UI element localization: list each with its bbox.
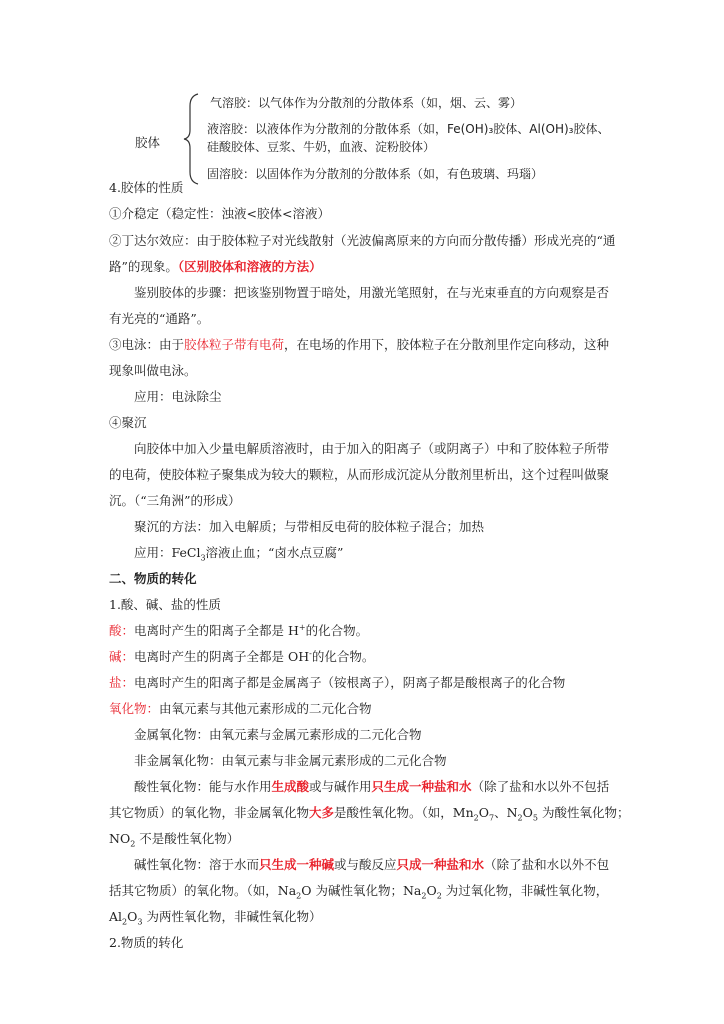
paragraph: ③电泳：由于胶体粒子带有电荷，在电场的作用下，胶体粒子在分散剂里作定向移动，这种 — [109, 337, 609, 353]
definition-oxide: 氧化物：由氧元素与其他元素形成的二元化合物 — [109, 701, 372, 717]
paragraph: 沉。（“三角洲”的形成） — [109, 493, 241, 509]
basic-oxide-line2: 括其它物质）的氧化物。（如，Na2O 为碱性氧化物；Na2O2 为过氧化物，非碱… — [109, 883, 608, 899]
paragraph: 非金属氧化物：由氧元素与非金属元素形成的二元化合物 — [134, 753, 447, 769]
curly-brace-icon — [182, 92, 202, 186]
paragraph: 金属氧化物：由氧元素与金属元素形成的二元化合物 — [134, 727, 422, 743]
colloid-solid: 固溶胶：以固体作为分散剂的分散体系（如，有色玻璃、玛瑙） — [207, 166, 543, 182]
subsection-heading: 1.酸、碱、盐的性质 — [109, 597, 221, 613]
colloid-gas: 气溶胶：以气体作为分散剂的分散体系（如，烟、云、雾） — [210, 95, 522, 111]
acidic-oxide-line1: 酸性氧化物：能与水作用生成酸或与碱作用只生成一种盐和水（除了盐和水以外不包括 — [134, 779, 609, 795]
document-page: 胶体 气溶胶：以气体作为分散剂的分散体系（如，烟、云、雾） 液溶胶：以液体作为分… — [0, 0, 724, 1024]
paragraph: ④聚沉 — [109, 415, 147, 431]
paragraph: 有光亮的“通路”。 — [109, 311, 209, 327]
section-heading: 二、物质的转化 — [109, 571, 197, 587]
colloid-label: 胶体 — [135, 133, 160, 151]
subsection-heading: 2.物质的转化 — [109, 935, 183, 951]
basic-oxide-line1: 碱性氧化物：溶于水而只生成一种碱或与酸反应只成一种盐和水（除了盐和水以外不包 — [134, 857, 609, 873]
paragraph: 路”的现象。（区别胶体和溶液的方法） — [109, 259, 322, 275]
acidic-oxide-line3: NO2 不是酸性氧化物） — [109, 831, 239, 847]
paragraph: 的电荷，使胶体粒子聚集成为较大的颗粒，从而形成沉淀从分散剂里析出，这个过程叫做聚 — [109, 467, 609, 483]
paragraph: 向胶体中加入少量电解质溶液时，由于加入的阳离子（或阴离子）中和了胶体粒子所带 — [134, 441, 609, 457]
basic-oxide-line3: Al2O3 为两性氧化物，非碱性氧化物） — [109, 909, 321, 925]
paragraph: ②丁达尔效应：由于胶体粒子对光线散射（光波偏离原来的方向而分散传播）形成光亮的“… — [109, 233, 615, 249]
highlight-text: 胶体粒子带有电荷 — [184, 337, 284, 352]
colloid-liquid-line1: 液溶胶：以液体作为分散剂的分散体系（如，Fe(OH)₃胶体、Al(OH)₃胶体、 — [207, 121, 609, 137]
paragraph: ①介稳定（稳定性：浊液<胶体<溶液） — [109, 206, 330, 222]
acidic-oxide-line2: 其它物质）的氧化物，非金属氧化物大多是酸性氧化物。（如，Mn2O7、N2O5 为… — [109, 805, 629, 821]
paragraph: 聚沉的方法：加入电解质；与带相反电荷的胶体粒子混合；加热 — [134, 519, 484, 535]
definition-acid: 酸：电离时产生的阳离子全都是 H+的化合物。 — [109, 623, 368, 639]
paragraph: 鉴别胶体的步骤：把该鉴别物置于暗处，用激光笔照射，在与光束垂直的方向观察是否 — [134, 285, 609, 301]
definition-base: 碱：电离时产生的阴离子全都是 OH-的化合物。 — [109, 649, 374, 665]
paragraph: 现象叫做电泳。 — [109, 363, 197, 379]
definition-salt: 盐：电离时产生的阳离子都是金属离子（铵根离子），阴离子都是酸根离子的化合物 — [109, 675, 565, 691]
section-heading: 4.胶体的性质 — [109, 180, 183, 196]
paragraph: 应用：FeCl3溶液止血；“卤水点豆腐” — [134, 545, 343, 561]
highlight-text: （区别胶体和溶液的方法） — [178, 259, 322, 274]
colloid-liquid-line2: 硅酸胶体、豆浆、牛奶，血液、淀粉胶体） — [207, 139, 435, 155]
paragraph: 应用：电泳除尘 — [134, 389, 222, 405]
